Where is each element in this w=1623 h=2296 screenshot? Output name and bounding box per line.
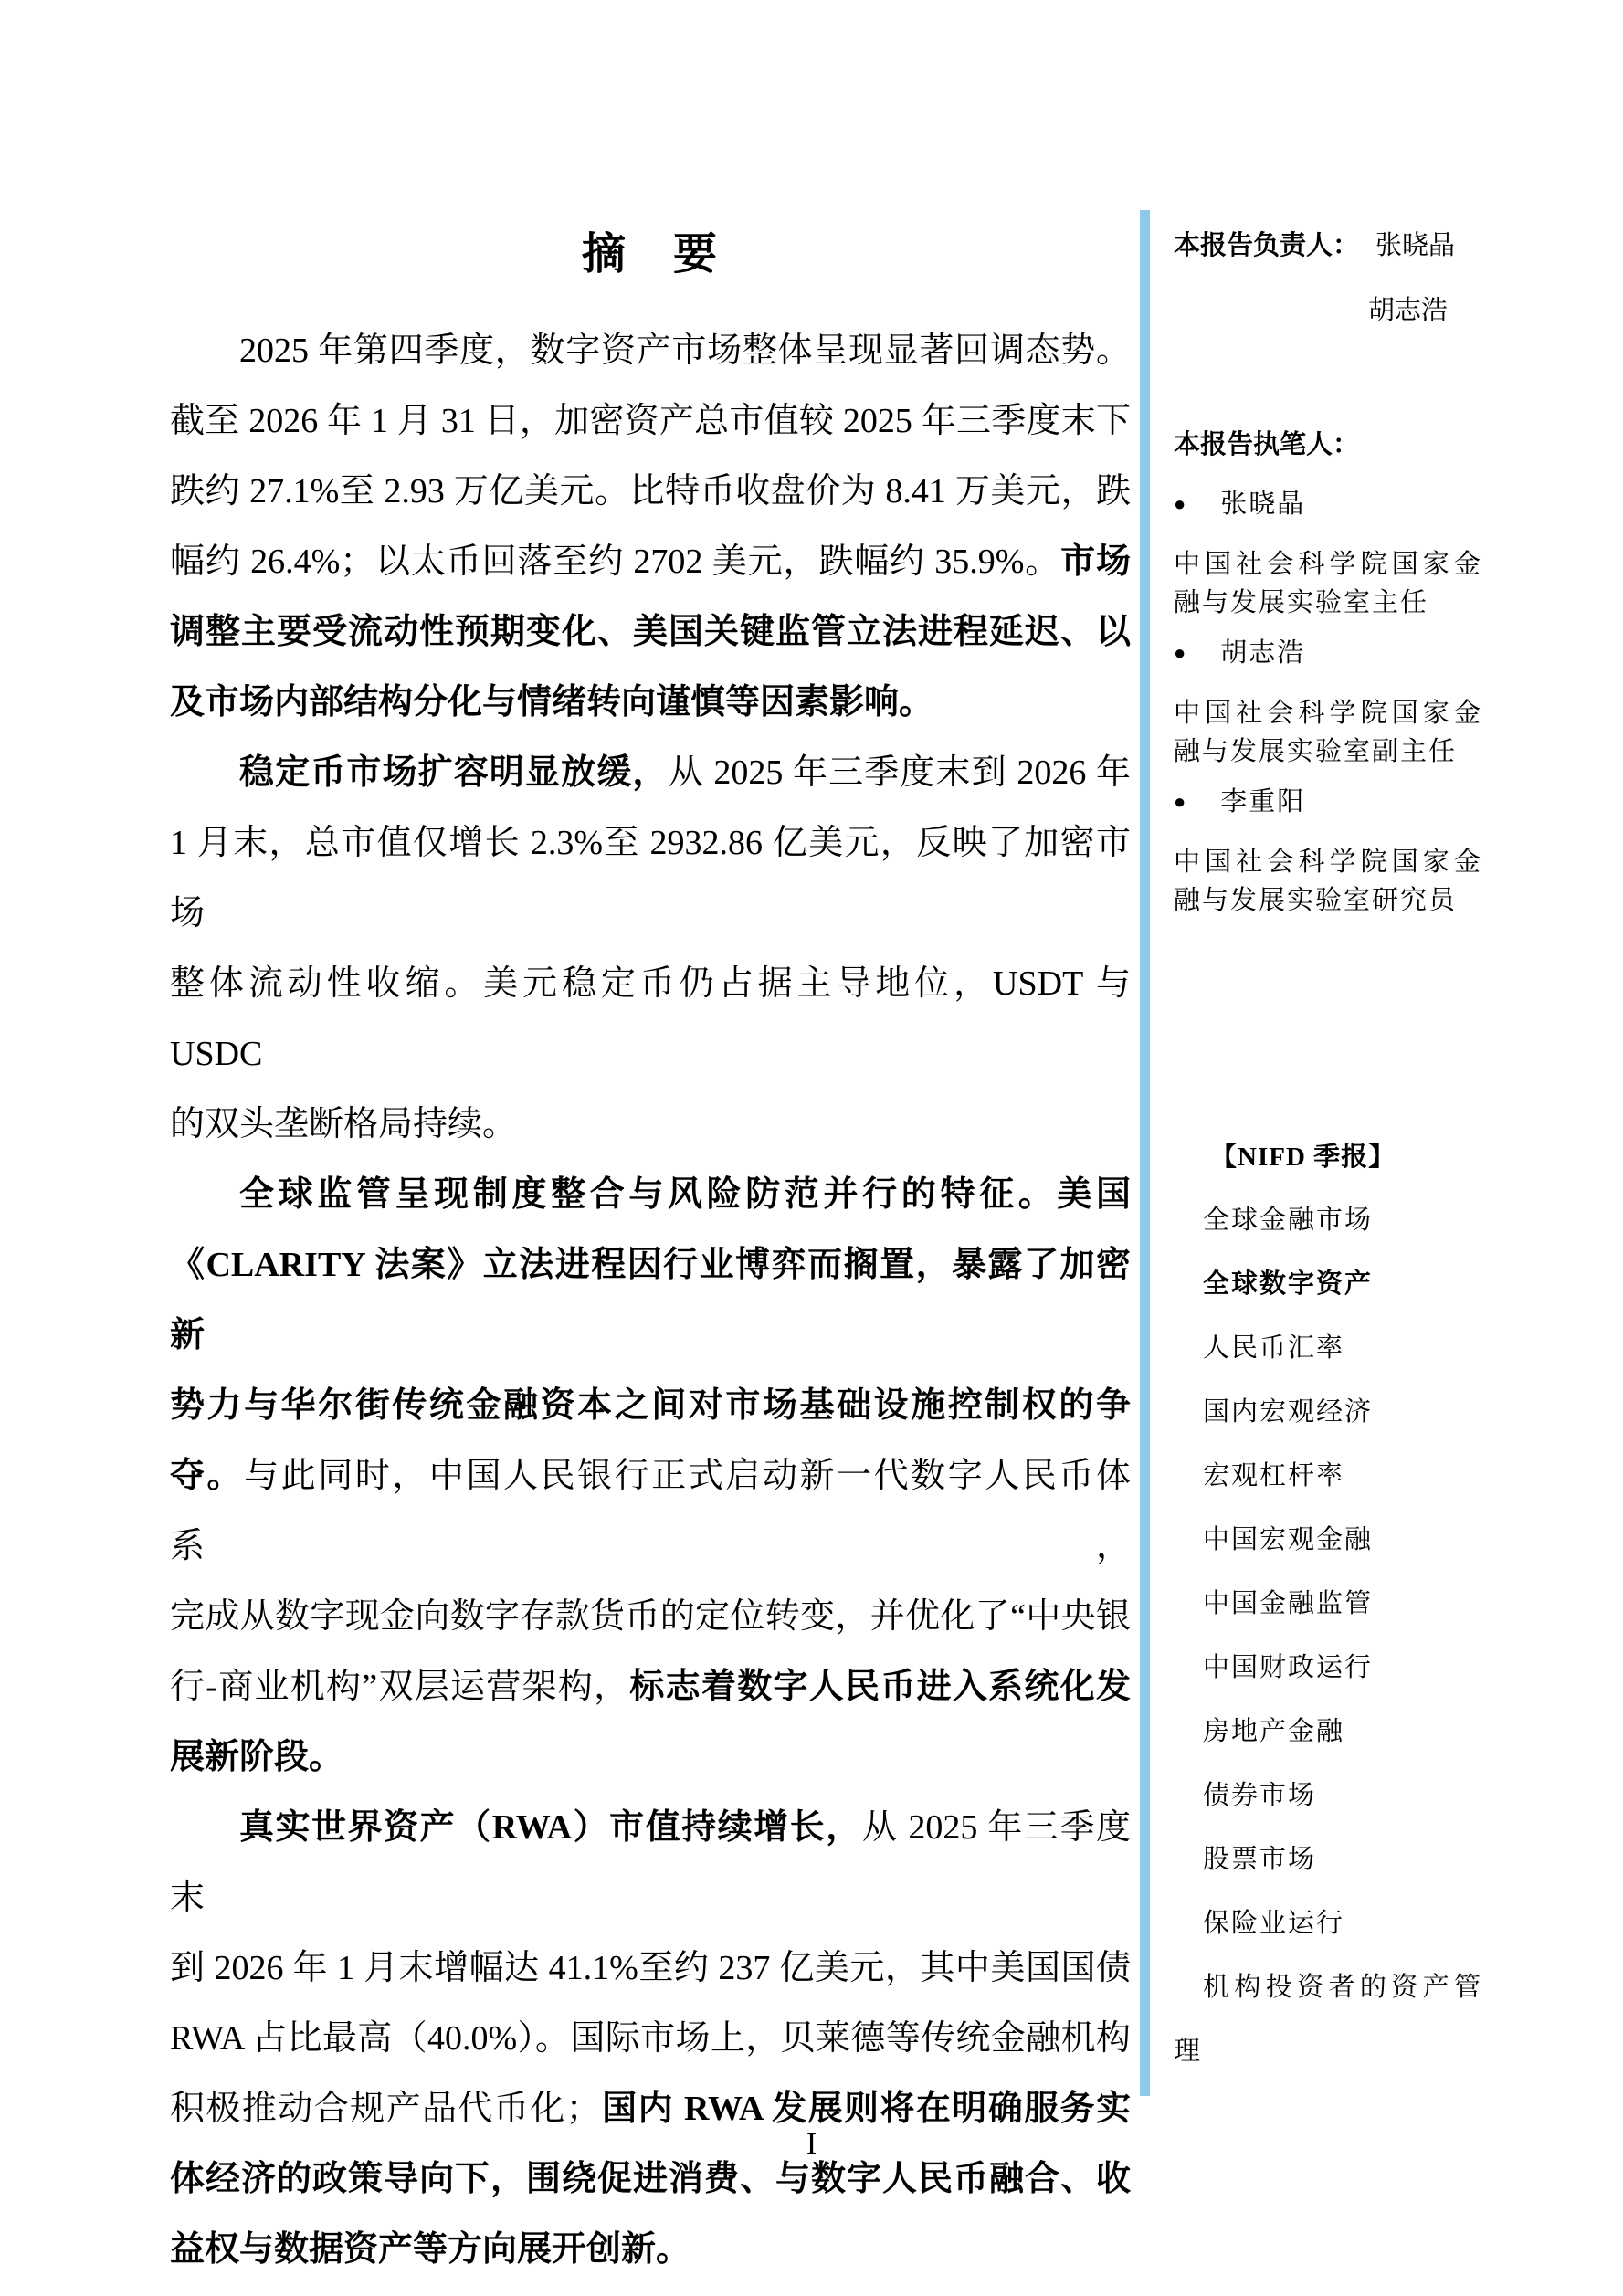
abstract-line: 展新阶段。: [170, 1722, 1131, 1793]
abstract-line: 益权与数据资产等方向展开创新。: [170, 2215, 1131, 2285]
abstract-line: RWA 占比最高（40.0%）。国际市场上，贝莱德等传统金融机构: [170, 2004, 1131, 2074]
series-item: 中国宏观金融: [1174, 1508, 1482, 1572]
page-title: 摘 要: [170, 226, 1131, 283]
series-list: 全球金融市场全球数字资产人民币汇率国内宏观经济宏观杠杆率中国宏观金融中国金融监管…: [1174, 1188, 1482, 2083]
abstract-line: 夺。与此同时，中国人民银行正式启动新一代数字人民币体系，: [170, 1441, 1131, 1582]
author-row: ●李重阳: [1174, 783, 1482, 821]
bullet-icon: ●: [1174, 485, 1186, 523]
author-name: 李重阳: [1220, 783, 1305, 821]
abstract-line: 幅约 26.4%；以太币回落至约 2702 美元，跌幅约 35.9%。市场: [170, 527, 1131, 597]
author-affiliation: 中国社会科学院国家金融与发展实验室研究员: [1174, 843, 1482, 920]
series-item: 机构投资者的资产管理: [1174, 1955, 1482, 2083]
report-sidebar: 本报告负责人： 张晓晶 胡志浩 本报告执笔人： ●张晓晶中国社会科学院国家金融与…: [1174, 226, 1482, 2083]
author-row: ●胡志浩: [1174, 634, 1482, 672]
lead-label: 本报告负责人：: [1174, 226, 1359, 265]
abstract-line: 《CLARITY 法案》立法进程因行业博弈而搁置，暴露了加密新: [170, 1230, 1131, 1371]
author-affiliation: 中国社会科学院国家金融与发展实验室副主任: [1174, 694, 1482, 771]
authors-list: ●张晓晶中国社会科学院国家金融与发展实验室主任●胡志浩中国社会科学院国家金融与发…: [1174, 485, 1482, 920]
series-item: 全球金融市场: [1174, 1188, 1482, 1252]
abstract-line: 真实世界资产（RWA）市值持续增长，从 2025 年三季度末: [170, 1793, 1131, 1933]
author-affiliation: 中国社会科学院国家金融与发展实验室主任: [1174, 545, 1482, 622]
abstract-line: 1 月末，总市值仅增长 2.3%至 2932.86 亿美元，反映了加密市场: [170, 808, 1131, 949]
abstract-line: 及市场内部结构分化与情绪转向谨慎等因素影响。: [170, 668, 1131, 738]
author-row: ●张晓晶: [1174, 485, 1482, 523]
series-item: 保险业运行: [1174, 1891, 1482, 1955]
bullet-icon: ●: [1174, 634, 1186, 672]
sidebar-divider-line: [1140, 210, 1150, 2096]
lead-name: 胡志浩: [1368, 291, 1482, 330]
abstract-line: 行-商业机构”双层运营架构，标志着数字人民币进入系统化发: [170, 1652, 1131, 1722]
report-abstract-page: 摘 要 2025 年第四季度，数字资产市场整体呈现显著回调态势。截至 2026 …: [0, 0, 1623, 2296]
series-item: 股票市场: [1174, 1827, 1482, 1891]
series-item: 中国金融监管: [1174, 1572, 1482, 1636]
series-item: 国内宏观经济: [1174, 1380, 1482, 1444]
abstract-paragraphs: 2025 年第四季度，数字资产市场整体呈现显著回调态势。截至 2026 年 1 …: [170, 316, 1131, 2285]
page-number: I: [0, 2126, 1623, 2163]
series-item: 全球数字资产: [1174, 1252, 1482, 1316]
abstract-main-column: 摘 要 2025 年第四季度，数字资产市场整体呈现显著回调态势。截至 2026 …: [170, 226, 1131, 2285]
author-name: 张晓晶: [1220, 485, 1305, 523]
series-item: 中国财政运行: [1174, 1636, 1482, 1700]
abstract-line: 到 2026 年 1 月末增幅达 41.1%至约 237 亿美元，其中美国国债: [170, 1933, 1131, 2004]
series-title: 【NIFD 季报】: [1210, 1138, 1482, 1176]
abstract-line: 稳定币市场扩容明显放缓，从 2025 年三季度末到 2026 年: [170, 738, 1131, 808]
series-item: 宏观杠杆率: [1174, 1444, 1482, 1508]
abstract-line: 整体流动性收缩。美元稳定币仍占据主导地位，USDT 与 USDC: [170, 949, 1131, 1090]
series-item: 人民币汇率: [1174, 1316, 1482, 1380]
bullet-icon: ●: [1174, 783, 1186, 821]
report-lead-row: 本报告负责人： 张晓晶: [1174, 226, 1482, 265]
abstract-line: 截至 2026 年 1 月 31 日，加密资产总市值较 2025 年三季度末下: [170, 386, 1131, 457]
series-item: 债券市场: [1174, 1764, 1482, 1827]
abstract-line: 跌约 27.1%至 2.93 万亿美元。比特币收盘价为 8.41 万美元，跌: [170, 457, 1131, 527]
abstract-line: 势力与华尔街传统金融资本之间对市场基础设施控制权的争: [170, 1371, 1131, 1441]
abstract-line: 的双头垄断格局持续。: [170, 1090, 1131, 1160]
series-item: 房地产金融: [1174, 1700, 1482, 1764]
abstract-line: 调整主要受流动性预期变化、美国关键监管立法进程延迟、以: [170, 597, 1131, 668]
abstract-line: 全球监管呈现制度整合与风险防范并行的特征。美国: [170, 1160, 1131, 1230]
lead-name: 张晓晶: [1375, 226, 1455, 265]
author-name: 胡志浩: [1220, 634, 1305, 672]
abstract-line: 完成从数字现金向数字存款货币的定位转变，并优化了“中央银: [170, 1582, 1131, 1652]
authors-label: 本报告执笔人：: [1174, 426, 1482, 464]
abstract-line: 2025 年第四季度，数字资产市场整体呈现显著回调态势。: [170, 316, 1131, 386]
